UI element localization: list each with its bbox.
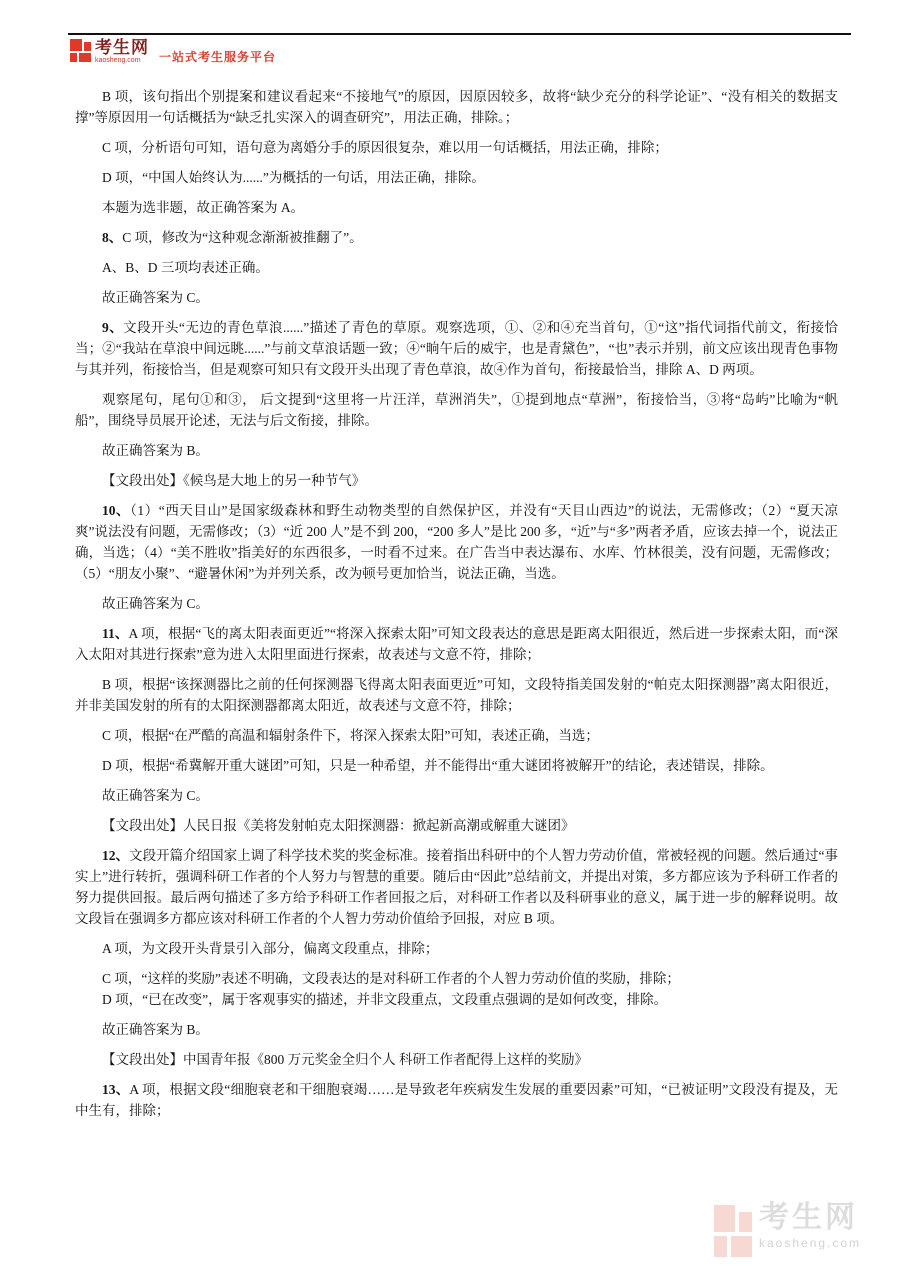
paragraph: 故正确答案为 C。 xyxy=(75,287,838,308)
brand-text-block: 考生网 kaosheng.com xyxy=(95,39,149,65)
logo-block-top-left xyxy=(70,39,82,51)
document-page: 考生网 kaosheng.com 一站式考生服务平台 B 项，该句指出个别提案和… xyxy=(0,0,900,1273)
paragraph-text: 文段开头“无边的青色草浪......”描述了青色的草原。观察选项，①、②和④充当… xyxy=(75,320,838,377)
paragraph: C 项，“这样的奖励”表述不明确，文段表达的是对科研工作者的个人智力劳动价值的奖… xyxy=(75,968,838,989)
source-reference: 【文段出处】人民日报《美将发射帕克太阳探测器：掀起新高潮或解重大谜团》 xyxy=(75,815,838,836)
paragraph: D 项，“已在改变”，属于客观事实的描述，并非文段重点，文段重点强调的是如何改变… xyxy=(75,989,838,1010)
paragraph-question-9: 9、文段开头“无边的青色草浪......”描述了青色的草原。观察选项，①、②和④… xyxy=(75,317,838,380)
paragraph-question-10: 10、（1）“西天目山”是国家级森林和野生动物类型的自然保护区，并没有“天目山西… xyxy=(75,500,838,584)
kaosheng-logo-icon xyxy=(70,39,91,62)
paragraph-text: 故正确答案为 C。 xyxy=(102,596,209,611)
brand-tagline: 一站式考生服务平台 xyxy=(159,48,276,65)
paragraph: C 项，分析语句可知，语句意为离婚分手的原因很复杂，难以用一句话概括，用法正确，… xyxy=(75,137,838,158)
paragraph-text: 【文段出处】人民日报《美将发射帕克太阳探测器：掀起新高潮或解重大谜团》 xyxy=(102,818,575,833)
header-divider xyxy=(68,33,851,35)
paragraph-question-11: 11、A 项，根据“飞的离太阳表面更近”“将深入探索太阳”可知文段表达的意思是距… xyxy=(75,623,838,665)
paragraph: D 项，根据“希冀解开重大谜团”可知，只是一种希望，并不能得出“重大谜团将被解开… xyxy=(75,755,838,776)
paragraph-text: 【文段出处】中国青年报《800 万元奖金全归个人 科研工作者配得上这样的奖励》 xyxy=(102,1052,588,1067)
watermark-logo-icon xyxy=(714,1205,752,1257)
paragraph-text: D 项，“中国人始终认为......”为概括的一句话，用法正确，排除。 xyxy=(102,170,485,185)
paragraph: 本题为选非题，故正确答案为 A。 xyxy=(75,197,838,218)
watermark-logo: 考生网 kaosheng.com xyxy=(714,1202,861,1257)
paragraph-text: C 项，修改为“这种观念渐渐被推翻了”。 xyxy=(122,230,362,245)
paragraph-text: A 项，为文段开头背景引入部分，偏离文段重点，排除； xyxy=(102,941,438,956)
paragraph-text: 观察尾句，尾句①和③， 后文提到“这里将一片汪洋，草洲消失”，①提到地点“草洲”… xyxy=(75,392,838,428)
paragraph-text: （1）“西天目山”是国家级森林和野生动物类型的自然保护区，并没有“天目山西边”的… xyxy=(75,503,838,581)
paragraph: 故正确答案为 B。 xyxy=(75,440,838,461)
source-reference: 【文段出处】《候鸟是大地上的另一种节气》 xyxy=(75,470,838,491)
paragraph: B 项，根据“该探测器比之前的任何探测器飞得离太阳表面更近”可知，文段特指美国发… xyxy=(75,674,838,716)
paragraph-text: D 项，“已在改变”，属于客观事实的描述，并非文段重点，文段重点强调的是如何改变… xyxy=(102,992,667,1007)
question-number: 12、 xyxy=(102,848,129,863)
paragraph-text: B 项，根据“该探测器比之前的任何探测器飞得离太阳表面更近”可知，文段特指美国发… xyxy=(75,677,838,713)
paragraph: 故正确答案为 B。 xyxy=(75,1019,838,1040)
paragraph-text: C 项，“这样的奖励”表述不明确，文段表达的是对科研工作者的个人智力劳动价值的奖… xyxy=(102,971,680,986)
watermark-block-top-right xyxy=(739,1212,752,1232)
paragraph: A、B、D 三项均表述正确。 xyxy=(75,257,838,278)
watermark-block-bottom-right xyxy=(731,1236,752,1257)
paragraph-text: 故正确答案为 C。 xyxy=(102,290,209,305)
paragraph: D 项，“中国人始终认为......”为概括的一句话，用法正确，排除。 xyxy=(75,167,838,188)
logo-block-top-right xyxy=(84,42,91,51)
paragraph: 故正确答案为 C。 xyxy=(75,593,838,614)
watermark-brand-domain: kaosheng.com xyxy=(759,1236,861,1250)
question-number: 8、 xyxy=(102,230,122,245)
watermark-block-top-left xyxy=(714,1205,735,1232)
paragraph-text: 故正确答案为 B。 xyxy=(102,1022,209,1037)
answer-explanations: B 项，该句指出个别提案和建议看起来“不接地气”的原因，因原因较多，故将“缺少充… xyxy=(75,86,838,1130)
paragraph-text: 文段开篇介绍国家上调了科学技术奖的奖金标准。接着指出科研中的个人智力劳动价值，常… xyxy=(75,848,838,926)
paragraph-question-12: 12、文段开篇介绍国家上调了科学技术奖的奖金标准。接着指出科研中的个人智力劳动价… xyxy=(75,845,838,929)
watermark-brand-name: 考生网 xyxy=(759,1202,861,1234)
paragraph-text: 本题为选非题，故正确答案为 A。 xyxy=(102,200,304,215)
question-number: 10、 xyxy=(102,503,130,518)
question-number: 11、 xyxy=(102,626,128,641)
paragraph-text: A 项，根据文段“细胞衰老和干细胞衰竭……是导致老年疾病发生发展的重要因素”可知… xyxy=(75,1082,838,1118)
paragraph-text: 故正确答案为 C。 xyxy=(102,788,209,803)
watermark-block-bottom-left xyxy=(714,1236,727,1257)
paragraph-text: 【文段出处】《候鸟是大地上的另一种节气》 xyxy=(102,473,365,488)
paragraph: 观察尾句，尾句①和③， 后文提到“这里将一片汪洋，草洲消失”，①提到地点“草洲”… xyxy=(75,389,838,431)
paragraph-question-13: 13、A 项，根据文段“细胞衰老和干细胞衰竭……是导致老年疾病发生发展的重要因素… xyxy=(75,1079,838,1121)
logo-block-bottom-right xyxy=(79,53,91,62)
paragraph-text: C 项，分析语句可知，语句意为离婚分手的原因很复杂，难以用一句话概括，用法正确，… xyxy=(102,140,668,155)
paragraph-text: A 项，根据“飞的离太阳表面更近”“将深入探索太阳”可知文段表达的意思是距离太阳… xyxy=(75,626,838,662)
brand-name: 考生网 xyxy=(95,39,149,56)
paragraph: C 项，根据“在严酷的高温和辐射条件下，将深入探索太阳”可知，表述正确，当选； xyxy=(75,725,838,746)
source-reference: 【文段出处】中国青年报《800 万元奖金全归个人 科研工作者配得上这样的奖励》 xyxy=(75,1049,838,1070)
site-logo: 考生网 kaosheng.com 一站式考生服务平台 xyxy=(70,39,276,65)
paragraph-text: C 项，根据“在严酷的高温和辐射条件下，将深入探索太阳”可知，表述正确，当选； xyxy=(102,728,599,743)
paragraph: 故正确答案为 C。 xyxy=(75,785,838,806)
question-number: 13、 xyxy=(102,1082,129,1097)
question-number: 9、 xyxy=(102,320,123,335)
paragraph-text: 故正确答案为 B。 xyxy=(102,443,209,458)
paragraph-question-8: 8、C 项，修改为“这种观念渐渐被推翻了”。 xyxy=(75,227,838,248)
paragraph: B 项，该句指出个别提案和建议看起来“不接地气”的原因，因原因较多，故将“缺少充… xyxy=(75,86,838,128)
brand-domain: kaosheng.com xyxy=(95,57,149,65)
paragraph-text: B 项，该句指出个别提案和建议看起来“不接地气”的原因，因原因较多，故将“缺少充… xyxy=(75,89,838,125)
paragraph-text: D 项，根据“希冀解开重大谜团”可知，只是一种希望，并不能得出“重大谜团将被解开… xyxy=(102,758,774,773)
paragraph: A 项，为文段开头背景引入部分，偏离文段重点，排除； xyxy=(75,938,838,959)
watermark-text-block: 考生网 kaosheng.com xyxy=(759,1202,861,1250)
logo-block-bottom-left xyxy=(70,53,77,62)
paragraph-text: A、B、D 三项均表述正确。 xyxy=(102,260,269,275)
